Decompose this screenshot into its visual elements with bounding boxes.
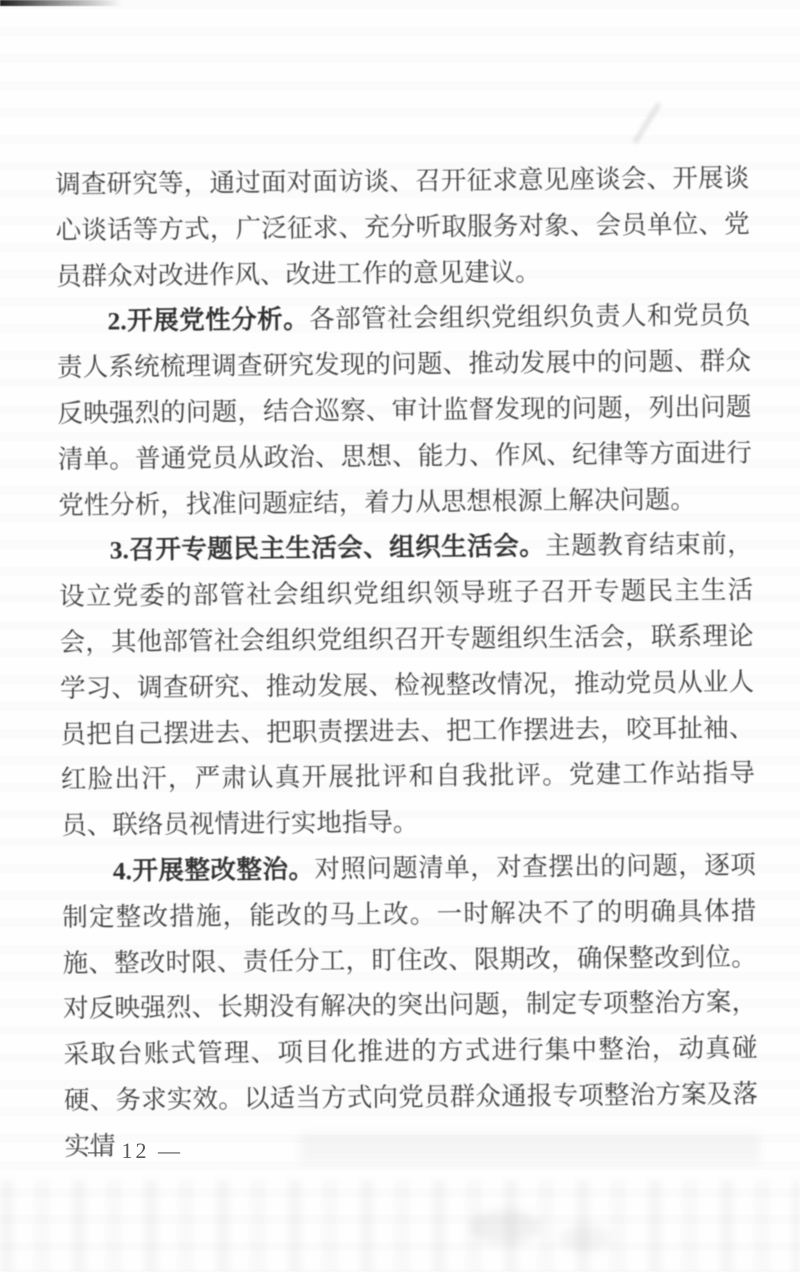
scan-smudge-artifact [633,102,661,143]
paragraph: 2.开展党性分析。各部管社会组织党组织负责人和党员负责人系统梳理调查研究发现的问… [56,293,752,529]
paragraph-text: 对照问题清单，对查摆出的问题，逐项制定整改措施，能改的马上改。一时解决不了的明确… [62,850,758,1160]
scanned-page: 调查研究等，通过面对面访谈、召开征求意见座谈会、开展谈心谈话等方式，广泛征求、充… [0,0,800,1272]
paragraph-lead: 3.召开专题民主生活会、组织生活会。 [110,532,546,565]
bleed-through-artifact [300,1133,760,1163]
paragraph: 4.开展整改整治。对照问题清单，对查摆出的问题，逐项制定整改措施，能改的马上改。… [62,842,759,1169]
document-text-block: 调查研究等，通过面对面访谈、召开征求意见座谈会、开展谈心谈话等方式，广泛征求、充… [55,155,759,1169]
scan-smudge-artifact [0,0,122,6]
paragraph: 3.召开专题民主生活会、组织生活会。主题教育结束前，设立党委的部管社会组织党组织… [59,522,756,849]
paragraph-text: 调查研究等，通过面对面访谈、召开征求意见座谈会、开展谈心谈话等方式，广泛征求、充… [55,163,750,290]
bleed-through-artifact [560,1225,610,1251]
paragraph-text: 主题教育结束前，设立党委的部管社会组织党组织领导班子召开专题民主生活会，其他部管… [59,530,755,840]
page-number: — 12 — [88,1138,183,1164]
paragraph-lead: 4.开展整改整治。 [113,854,315,885]
bleed-through-artifact [470,1210,540,1244]
bleed-through-artifact [0,1180,800,1272]
paragraph: 调查研究等，通过面对面访谈、召开征求意见座谈会、开展谈心谈话等方式，广泛征求、充… [55,155,750,299]
paragraph-lead: 2.开展党性分析。 [107,305,309,336]
